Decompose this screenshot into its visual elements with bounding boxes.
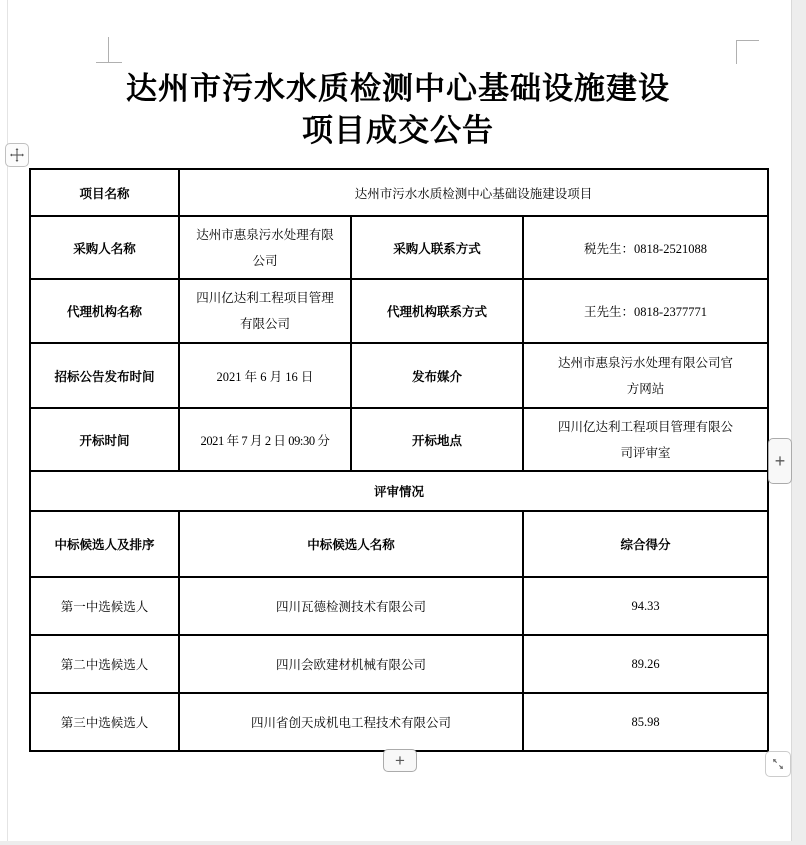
- table-row: 采购人名称 达州市惠泉污水处理有限 公司 采购人联系方式 税先生：0818-25…: [30, 216, 768, 279]
- cell-purchaser-value[interactable]: 达州市惠泉污水处理有限 公司: [179, 216, 351, 279]
- document-title[interactable]: 达州市污水水质检测中心基础设施建设 项目成交公告: [29, 68, 767, 152]
- cell-candidate2-name[interactable]: 四川会欧建材机械有限公司: [179, 635, 523, 693]
- cell-header-score[interactable]: 综合得分: [523, 511, 768, 577]
- scrollbar-track[interactable]: [791, 0, 806, 845]
- cell-candidate1-rank[interactable]: 第一中选候选人: [30, 577, 179, 635]
- cell-purchaser-contact-value[interactable]: 税先生：0818-2521088: [523, 216, 768, 279]
- cell-candidate3-rank[interactable]: 第三中选候选人: [30, 693, 179, 751]
- cell-project-label[interactable]: 项目名称: [30, 169, 179, 216]
- table-row: 第一中选候选人 四川瓦德检测技术有限公司 94.33: [30, 577, 768, 635]
- cell-project-value[interactable]: 达州市污水水质检测中心基础设施建设项目: [179, 169, 768, 216]
- cell-bid-opening-label[interactable]: 开标时间: [30, 408, 179, 471]
- table-row: 开标时间 2021 年 7 月 2 日 09:30 分 开标地点 四川亿达利工程…: [30, 408, 768, 471]
- cell-header-rank[interactable]: 中标候选人及排序: [30, 511, 179, 577]
- crop-mark-top-left-vertical: [108, 37, 109, 62]
- announcement-table: 项目名称 达州市污水水质检测中心基础设施建设项目 采购人名称 达州市惠泉污水处理…: [29, 168, 769, 752]
- cell-announcement-value[interactable]: 2021 年 6 月 16 日: [179, 343, 351, 408]
- document-page: { "title": { "line1": "达州市污水水质检测中心基础设施建设…: [0, 0, 806, 845]
- cell-agency-contact-value[interactable]: 王先生：0818-2377771: [523, 279, 768, 343]
- crop-mark-top-right-vertical: [736, 40, 737, 64]
- document-title-line1: 达州市污水水质检测中心基础设施建设: [29, 68, 767, 110]
- cell-purchaser-label[interactable]: 采购人名称: [30, 216, 179, 279]
- cell-opening-place-value[interactable]: 四川亿达利工程项目管理有限公 司评审室: [523, 408, 768, 471]
- table-row: 招标公告发布时间 2021 年 6 月 16 日 发布媒介 达州市惠泉污水处理有…: [30, 343, 768, 408]
- table-move-handle[interactable]: [5, 143, 29, 167]
- crop-mark-top-right-horizontal: [736, 40, 759, 41]
- table-row: 第三中选候选人 四川省创天成机电工程技术有限公司 85.98: [30, 693, 768, 751]
- cell-candidate2-score[interactable]: 89.26: [523, 635, 768, 693]
- cell-media-value[interactable]: 达州市惠泉污水处理有限公司官 方网站: [523, 343, 768, 408]
- table-resize-handle[interactable]: [765, 751, 791, 777]
- cell-candidate2-rank[interactable]: 第二中选候选人: [30, 635, 179, 693]
- cell-purchaser-contact-label[interactable]: 采购人联系方式: [351, 216, 523, 279]
- plus-icon: +: [395, 751, 405, 771]
- cell-agency-label[interactable]: 代理机构名称: [30, 279, 179, 343]
- cell-media-label[interactable]: 发布媒介: [351, 343, 523, 408]
- cell-candidate3-score[interactable]: 85.98: [523, 693, 768, 751]
- cell-agency-value[interactable]: 四川亿达利工程项目管理 有限公司: [179, 279, 351, 343]
- table-row: 项目名称 达州市污水水质检测中心基础设施建设项目: [30, 169, 768, 216]
- page-left-edge-line: [7, 0, 8, 845]
- table-row: 第二中选候选人 四川会欧建材机械有限公司 89.26: [30, 635, 768, 693]
- add-column-button[interactable]: +: [768, 438, 792, 484]
- cell-candidate1-score[interactable]: 94.33: [523, 577, 768, 635]
- cell-candidate3-name[interactable]: 四川省创天成机电工程技术有限公司: [179, 693, 523, 751]
- table-row: 评审情况: [30, 471, 768, 511]
- cell-candidate1-name[interactable]: 四川瓦德检测技术有限公司: [179, 577, 523, 635]
- cell-opening-place-label[interactable]: 开标地点: [351, 408, 523, 471]
- cell-agency-contact-label[interactable]: 代理机构联系方式: [351, 279, 523, 343]
- document-title-line2: 项目成交公告: [29, 110, 767, 152]
- table-row: 代理机构名称 四川亿达利工程项目管理 有限公司 代理机构联系方式 王先生：081…: [30, 279, 768, 343]
- table-row: 中标候选人及排序 中标候选人名称 综合得分: [30, 511, 768, 577]
- cell-announcement-label[interactable]: 招标公告发布时间: [30, 343, 179, 408]
- move-cross-icon: [9, 147, 25, 163]
- cell-section-title[interactable]: 评审情况: [30, 471, 768, 511]
- diagonal-resize-icon: [770, 756, 786, 772]
- cell-header-name[interactable]: 中标候选人名称: [179, 511, 523, 577]
- plus-icon: +: [775, 451, 786, 472]
- cell-bid-opening-value[interactable]: 2021 年 7 月 2 日 09:30 分: [179, 408, 351, 471]
- add-row-button[interactable]: +: [383, 749, 417, 772]
- page-bottom-edge-line: [0, 841, 806, 845]
- crop-mark-top-left-horizontal: [96, 62, 122, 63]
